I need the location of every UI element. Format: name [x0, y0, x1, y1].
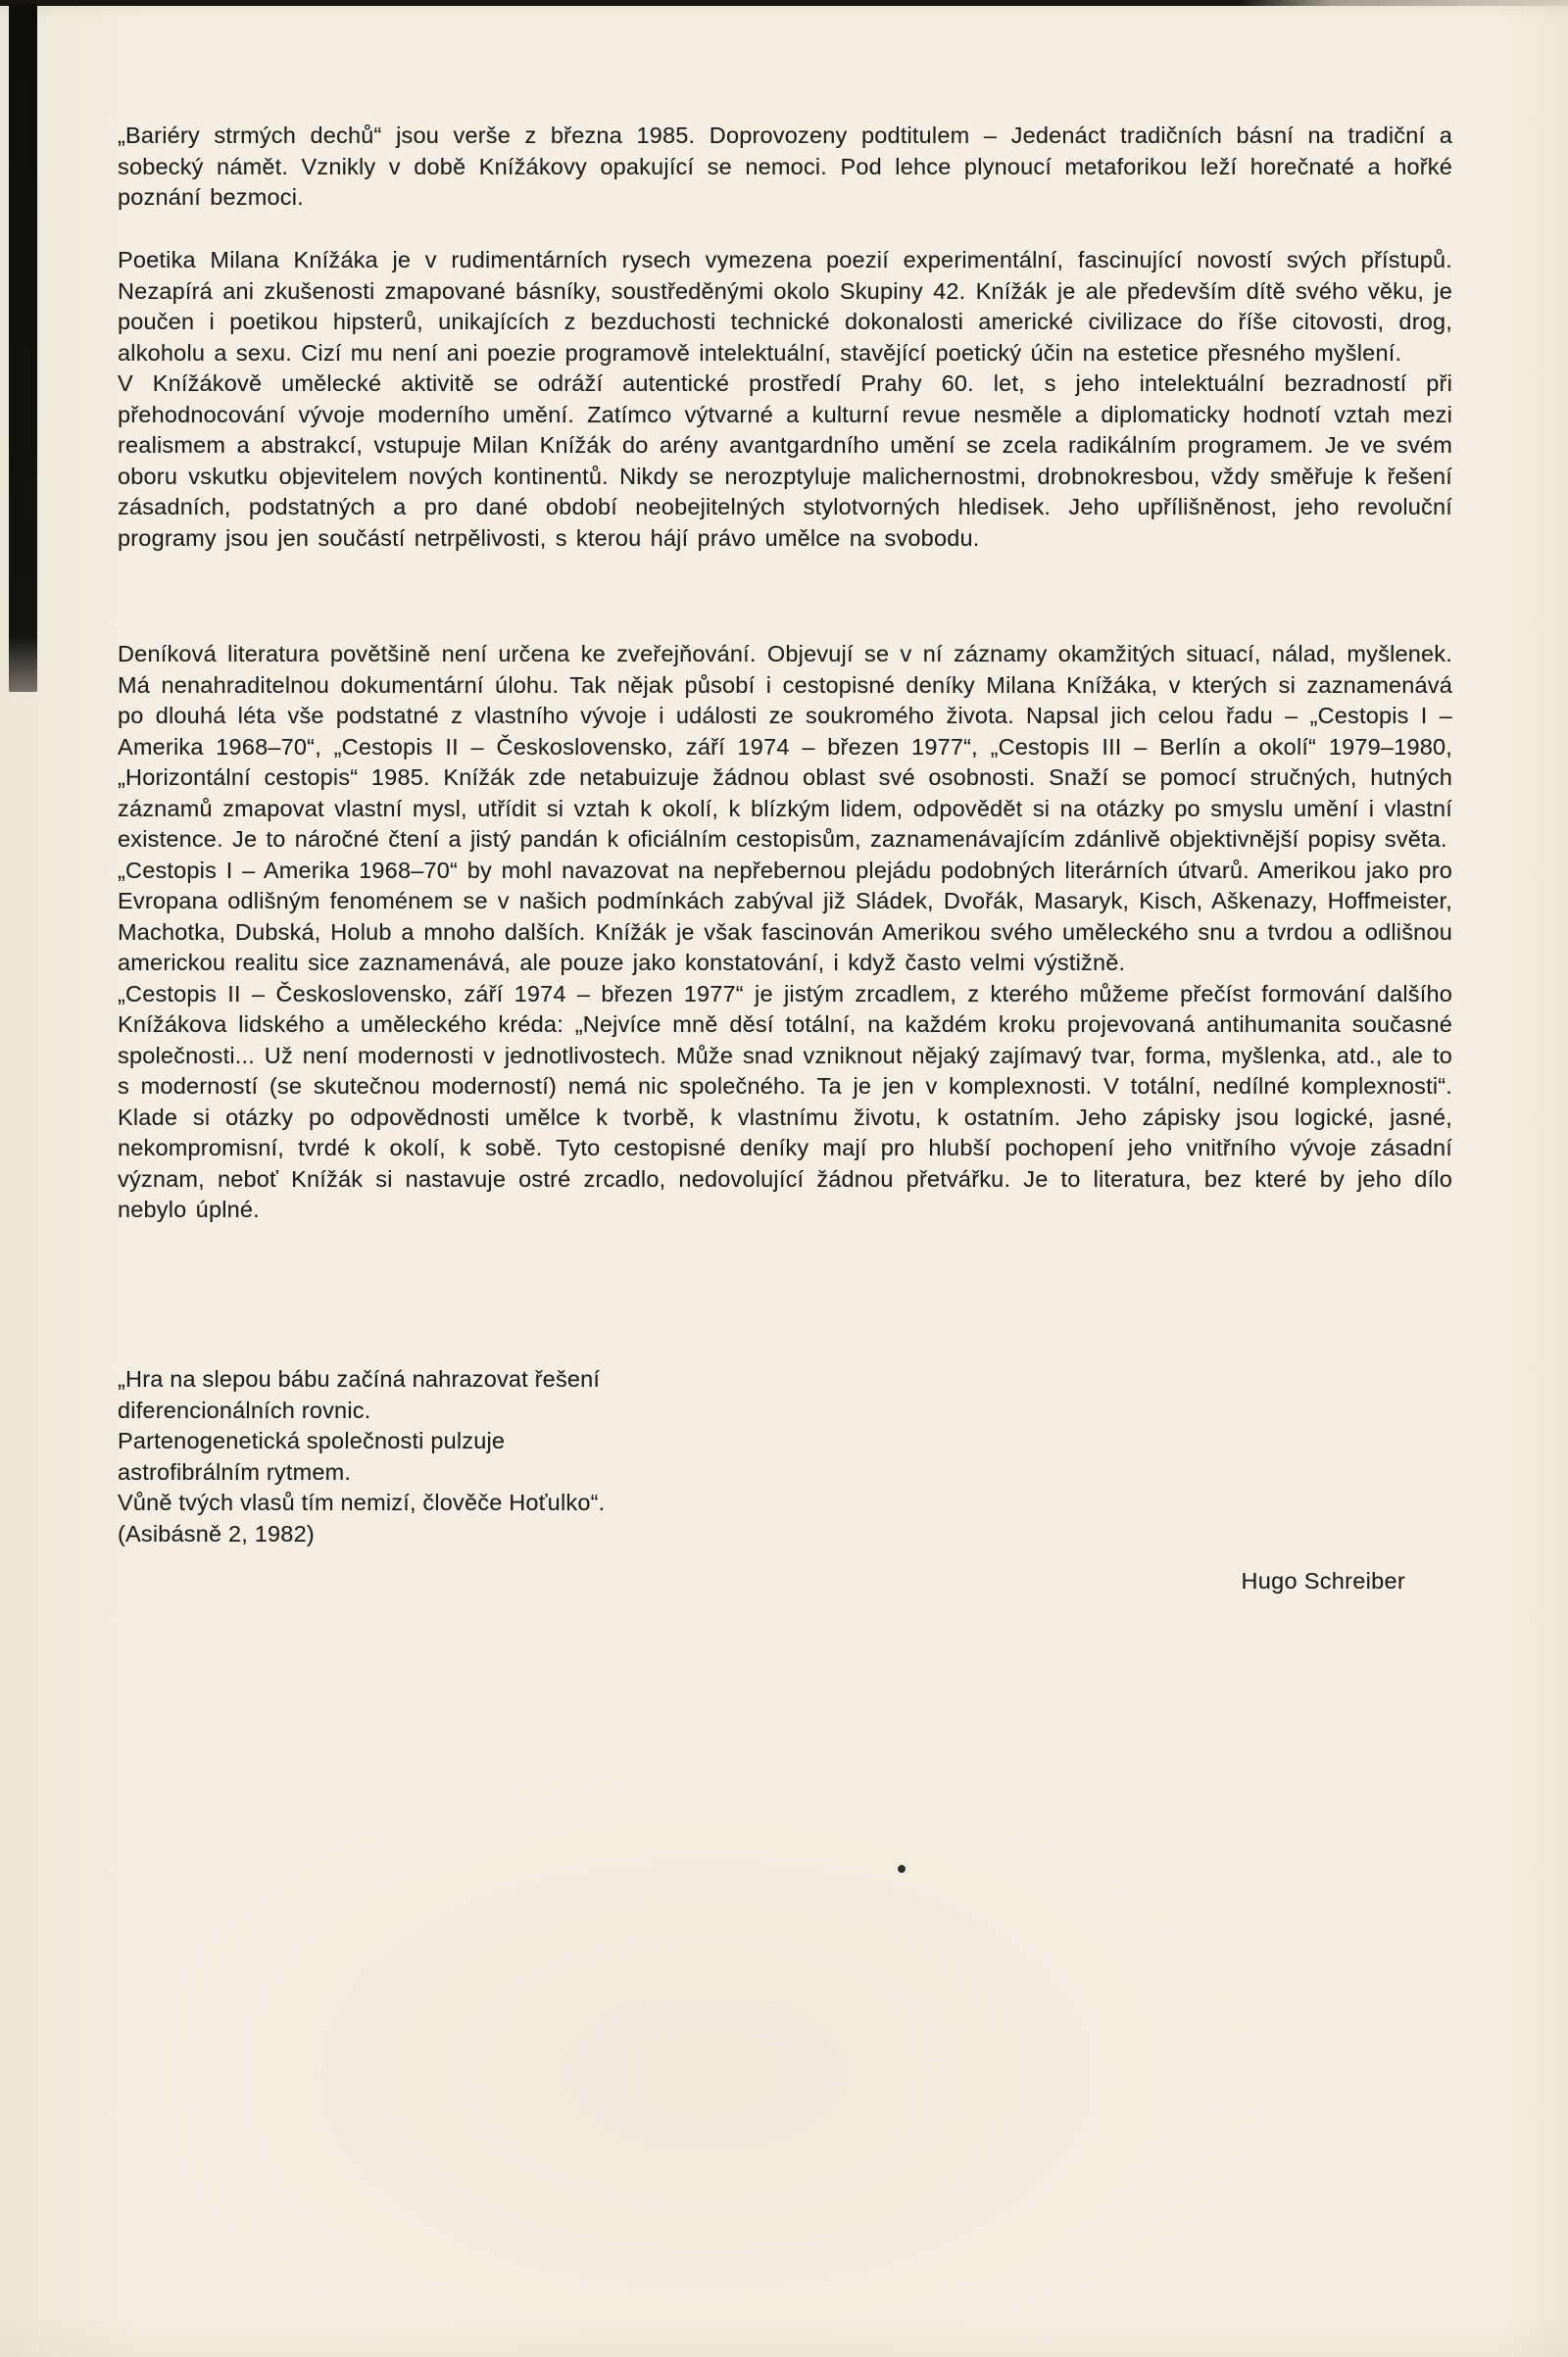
poem-line: astrofibrálním rytmem. — [118, 1457, 1452, 1489]
poem-line: Vůně tvých vlasů tím nemizí, člověče Hoť… — [118, 1488, 1452, 1519]
essay-paragraph-2: Poetika Milana Knížáka je v rudimentární… — [118, 245, 1452, 368]
essay-paragraph-1: „Bariéry strmých dechů“ jsou verše z bře… — [118, 121, 1452, 214]
signature-row: Hugo Schreiber — [118, 1566, 1405, 1597]
author-signature: Hugo Schreiber — [1242, 1568, 1405, 1594]
essay-block-denikova: Deníková literatura povětšině není určen… — [118, 639, 1452, 1226]
poem-line: diferencionálních rovnic. — [118, 1396, 1452, 1427]
essay-text-column: „Bariéry strmých dechů“ jsou verše z bře… — [118, 0, 1452, 2357]
ink-dot — [898, 1865, 906, 1873]
poem-quotation: „Hra na slepou bábu začíná nahrazovat ře… — [118, 1364, 1452, 1549]
essay-block-poetika: Poetika Milana Knížáka je v rudimentární… — [118, 245, 1452, 554]
essay-paragraph-6: „Cestopis II – Československo, září 1974… — [118, 979, 1452, 1226]
essay-paragraph-5: „Cestopis I – Amerika 1968–70“ by mohl n… — [118, 856, 1452, 979]
poem-line: Partenogenetická společnosti pulzuje — [118, 1426, 1452, 1457]
scanned-page: „Bariéry strmých dechů“ jsou verše z bře… — [0, 0, 1568, 2357]
essay-paragraph-3: V Knížákově umělecké aktivitě se odráží … — [118, 368, 1452, 554]
poem-line: „Hra na slepou bábu začíná nahrazovat ře… — [118, 1364, 1452, 1396]
scan-artifact-black-bar — [9, 4, 37, 692]
poem-attribution: (Asibásně 2, 1982) — [118, 1519, 1452, 1550]
essay-paragraph-4: Deníková literatura povětšině není určen… — [118, 639, 1452, 856]
